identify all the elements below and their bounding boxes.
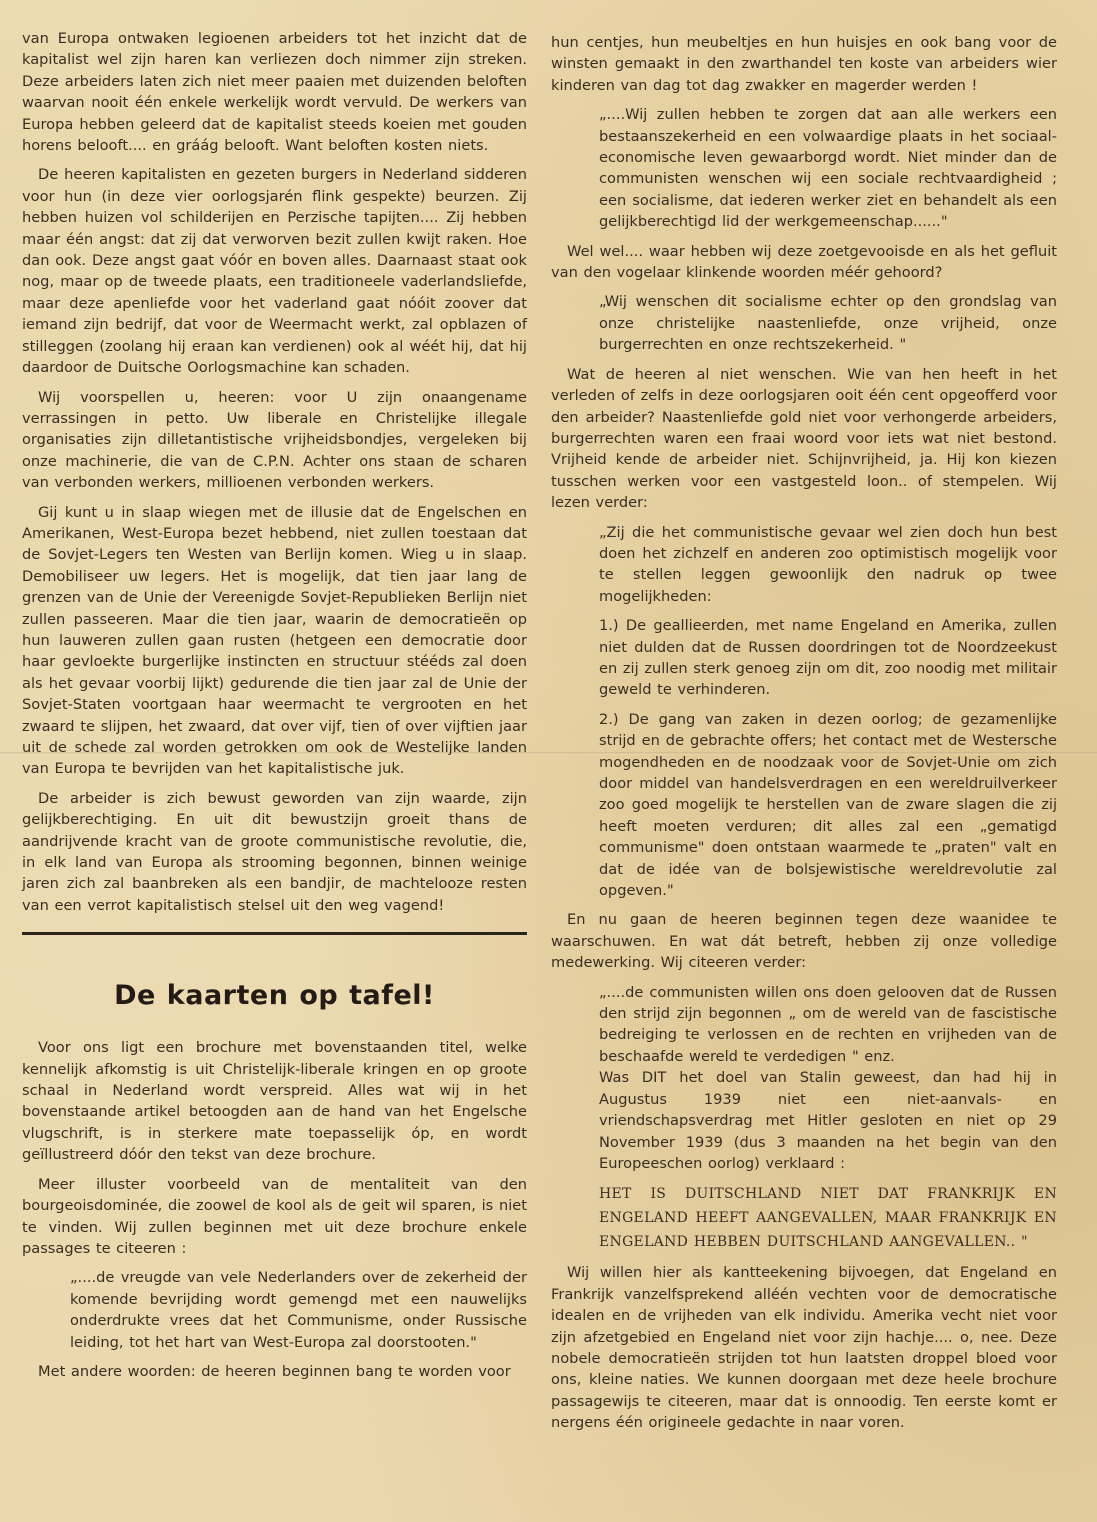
right-column: hun centjes, hun meubeltjes en hun huisj… (551, 32, 1057, 1442)
quote-bestaanszekerheid: „....Wij zullen hebben te zorgen dat aan… (599, 104, 1057, 232)
quote-item-2: 2.) De gang van zaken in dezen oorlog; d… (599, 709, 1057, 902)
paragraph-illuster-voorbeeld: Meer illuster voorbeeld van de mentalite… (22, 1174, 527, 1260)
quote-naastenliefde: „Wij wenschen dit socialisme echter op d… (599, 291, 1057, 355)
article-title: De kaarten op tafel! (22, 979, 527, 1013)
paragraph-wel-wel: Wel wel.... waar hebben wij deze zoetgev… (551, 241, 1057, 284)
quote-item-1: 1.) De geallieerden, met name Engeland e… (599, 615, 1057, 701)
paragraph-wat-de-heeren: Wat de heeren al niet wenschen. Wie van … (551, 364, 1057, 514)
quote-communisten-gelooven: „....de communisten willen ons doen gelo… (599, 982, 1057, 1068)
paragraph-kantteekening: Wij willen hier als kantteekening bijvoe… (551, 1262, 1057, 1433)
section-divider (22, 932, 527, 935)
paragraph-arbeider-bewust: De arbeider is zich bewust geworden van … (22, 788, 527, 916)
paragraph-en-nu: En nu gaan de heeren beginnen tegen deze… (551, 909, 1057, 973)
paragraph-heeren-kapitalisten: De heeren kapitalisten en gezeten burger… (22, 164, 527, 378)
paragraph-slaap-wiegen: Gij kunt u in slaap wiegen met de illusi… (22, 502, 527, 780)
quote-vreugde: „....de vreugde van vele Nederlanders ov… (70, 1267, 527, 1353)
paragraph-andere-woorden: Met andere woorden: de heeren beginnen b… (22, 1361, 527, 1382)
quote-caps-declaration: HET IS DUITSCHLAND NIET DAT FRANKRIJK EN… (599, 1182, 1057, 1254)
paragraph-brochure-intro: Voor ons ligt een brochure met bovenstaa… (22, 1037, 527, 1165)
paragraph-centjes: hun centjes, hun meubeltjes en hun huisj… (551, 32, 1057, 96)
paragraph-stalin: Was DIT het doel van Stalin geweest, dan… (599, 1067, 1057, 1174)
left-column: van Europa ontwaken legioenen arbeiders … (22, 28, 527, 1390)
quote-communistische-gevaar: „Zij die het communistische gevaar wel z… (599, 522, 1057, 608)
paragraph-voorspellen: Wij voorspellen u, heeren: voor U zijn o… (22, 387, 527, 494)
paragraph-europa: van Europa ontwaken legioenen arbeiders … (22, 28, 527, 156)
